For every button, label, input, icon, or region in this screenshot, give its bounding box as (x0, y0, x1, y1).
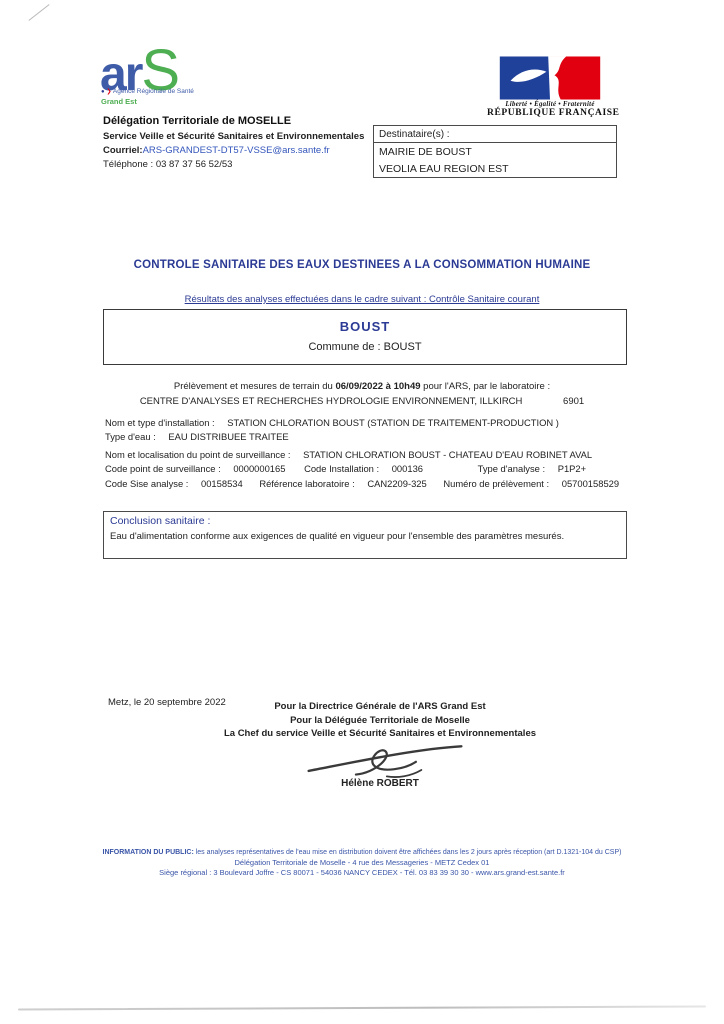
conclusion-box: Conclusion sanitaire : Eau d'alimentatio… (103, 511, 627, 559)
rf-motto: Liberté • Égalité • Fraternité (487, 101, 613, 108)
installation-line: Nom et type d'installation : STATION CHL… (105, 417, 559, 428)
conclusion-label: Conclusion sanitaire : (110, 515, 620, 527)
document-page: arS ● ❯ Agence Régionale de Santé Grand … (0, 0, 724, 1024)
code-point-label: Code point de surveillance : (105, 463, 221, 474)
destinataires-box: Destinataire(s) : MAIRIE DE BOUST VEOLIA… (373, 125, 617, 178)
sample-number-label: Numéro de prélèvement : (443, 478, 549, 489)
code-sise-value: 00158534 (201, 478, 243, 489)
destinataire-item: MAIRIE DE BOUST (374, 143, 616, 160)
footer-public-info-label: INFORMATION DU PUBLIC: (103, 849, 194, 856)
code-installation-label: Code Installation : (304, 463, 379, 474)
codes-line: Code point de surveillance : 0000000165 … (105, 463, 586, 474)
sampling-datetime: 06/09/2022 à 10h49 (335, 381, 420, 392)
telephone-line: Téléphone : 03 87 37 56 52/53 (103, 158, 364, 172)
scan-page-edge (18, 1005, 706, 1010)
surveillance-point-value: STATION CHLORATION BOUST - CHATEAU D'EAU… (303, 449, 592, 460)
code-sise-label: Code Sise analyse : (105, 478, 188, 489)
code-installation-value: 000136 (392, 463, 423, 474)
lab-ref-value: CAN2209-325 (367, 478, 426, 489)
marianne-flag-icon (498, 56, 602, 100)
ars-tagline: ● ❯ Agence Régionale de Santé (101, 88, 194, 95)
commune-box: BOUST Commune de : BOUST (103, 309, 627, 365)
courriel-line: Courriel:ARS-GRANDEST-DT57-VSSE@ars.sant… (103, 144, 364, 158)
commune-name: BOUST (104, 319, 626, 334)
laboratory-code: 6901 (563, 396, 584, 407)
conclusion-text: Eau d'alimentation conforme aux exigence… (110, 531, 620, 542)
courriel-email-link[interactable]: ARS-GRANDEST-DT57-VSSE@ars.sante.fr (143, 145, 330, 156)
sample-number-value: 05700158529 (562, 478, 619, 489)
sampling-prefix: Prélèvement et mesures de terrain du (174, 381, 333, 392)
sampling-paragraph: Prélèvement et mesures de terrain du 06/… (0, 379, 724, 409)
surveillance-point-line: Nom et localisation du point de surveill… (105, 449, 592, 460)
installation-label: Nom et type d'installation : (105, 417, 215, 428)
sampling-line2: CENTRE D'ANALYSES ET RECHERCHES HYDROLOG… (0, 394, 724, 409)
chevron-icon: ❯ (106, 89, 111, 95)
handwritten-signature (300, 740, 470, 780)
destinataire-item: VEOLIA EAU REGION EST (374, 160, 616, 177)
rf-name: RÉPUBLIQUE FRANÇAISE (487, 108, 613, 118)
installation-value: STATION CHLORATION BOUST (STATION DE TRA… (227, 417, 559, 428)
signer-name: Hélène ROBERT (120, 778, 640, 789)
ars-logo: arS ● ❯ Agence Régionale de Santé Grand … (100, 48, 250, 114)
analysis-type-value: P1P2+ (558, 463, 586, 474)
document-title: CONTROLE SANITAIRE DES EAUX DESTINEES A … (0, 259, 724, 271)
ars-tagline-text: Agence Régionale de Santé (113, 88, 194, 95)
bullet-icon: ● (101, 89, 105, 95)
code-point-value: 0000000165 (233, 463, 285, 474)
document-subtitle: Résultats des analyses effectuées dans l… (0, 294, 724, 305)
footer-public-info-text: les analyses représentatives de l'eau mi… (196, 849, 622, 856)
authority-line: Pour la Directrice Générale de l'ARS Gra… (120, 700, 640, 714)
water-type-line: Type d'eau : EAU DISTRIBUEE TRAITEE (105, 431, 289, 442)
authority-line: Pour la Déléguée Territoriale de Moselle (120, 714, 640, 728)
commune-line: Commune de : BOUST (104, 341, 626, 353)
courriel-label: Courriel: (103, 145, 143, 156)
destinataires-label: Destinataire(s) : (374, 126, 616, 143)
surveillance-point-label: Nom et localisation du point de surveill… (105, 449, 291, 460)
sampling-line1: Prélèvement et mesures de terrain du 06/… (0, 379, 724, 394)
footer-public-info: INFORMATION DU PUBLIC: les analyses repr… (0, 848, 724, 858)
water-type-label: Type d'eau : (105, 431, 156, 442)
water-type-value: EAU DISTRIBUEE TRAITEE (168, 431, 288, 442)
ars-region-label: Grand Est (101, 97, 137, 106)
footer: INFORMATION DU PUBLIC: les analyses repr… (0, 848, 724, 877)
sise-line: Code Sise analyse : 00158534 Référence l… (105, 478, 619, 489)
lab-ref-label: Référence laboratoire : (259, 478, 354, 489)
analysis-type-label: Type d'analyse : (478, 463, 545, 474)
footer-address-line: Délégation Territoriale de Moselle - 4 r… (0, 858, 724, 868)
service-line: Service Veille et Sécurité Sanitaires et… (103, 130, 364, 144)
scan-corner-artifact (28, 4, 49, 21)
delegation-title: Délégation Territoriale de MOSELLE (103, 114, 364, 128)
sampling-suffix: pour l'ARS, par le laboratoire : (423, 381, 550, 392)
footer-siege-line: Siège régional : 3 Boulevard Joffre - CS… (0, 868, 724, 878)
signature-authority-block: Pour la Directrice Générale de l'ARS Gra… (120, 700, 640, 741)
republique-francaise-logo: Liberté • Égalité • Fraternité RÉPUBLIQU… (487, 56, 613, 118)
authority-line: La Chef du service Veille et Sécurité Sa… (120, 727, 640, 741)
sender-block: Délégation Territoriale de MOSELLE Servi… (103, 114, 364, 172)
laboratory-name: CENTRE D'ANALYSES ET RECHERCHES HYDROLOG… (140, 396, 523, 407)
